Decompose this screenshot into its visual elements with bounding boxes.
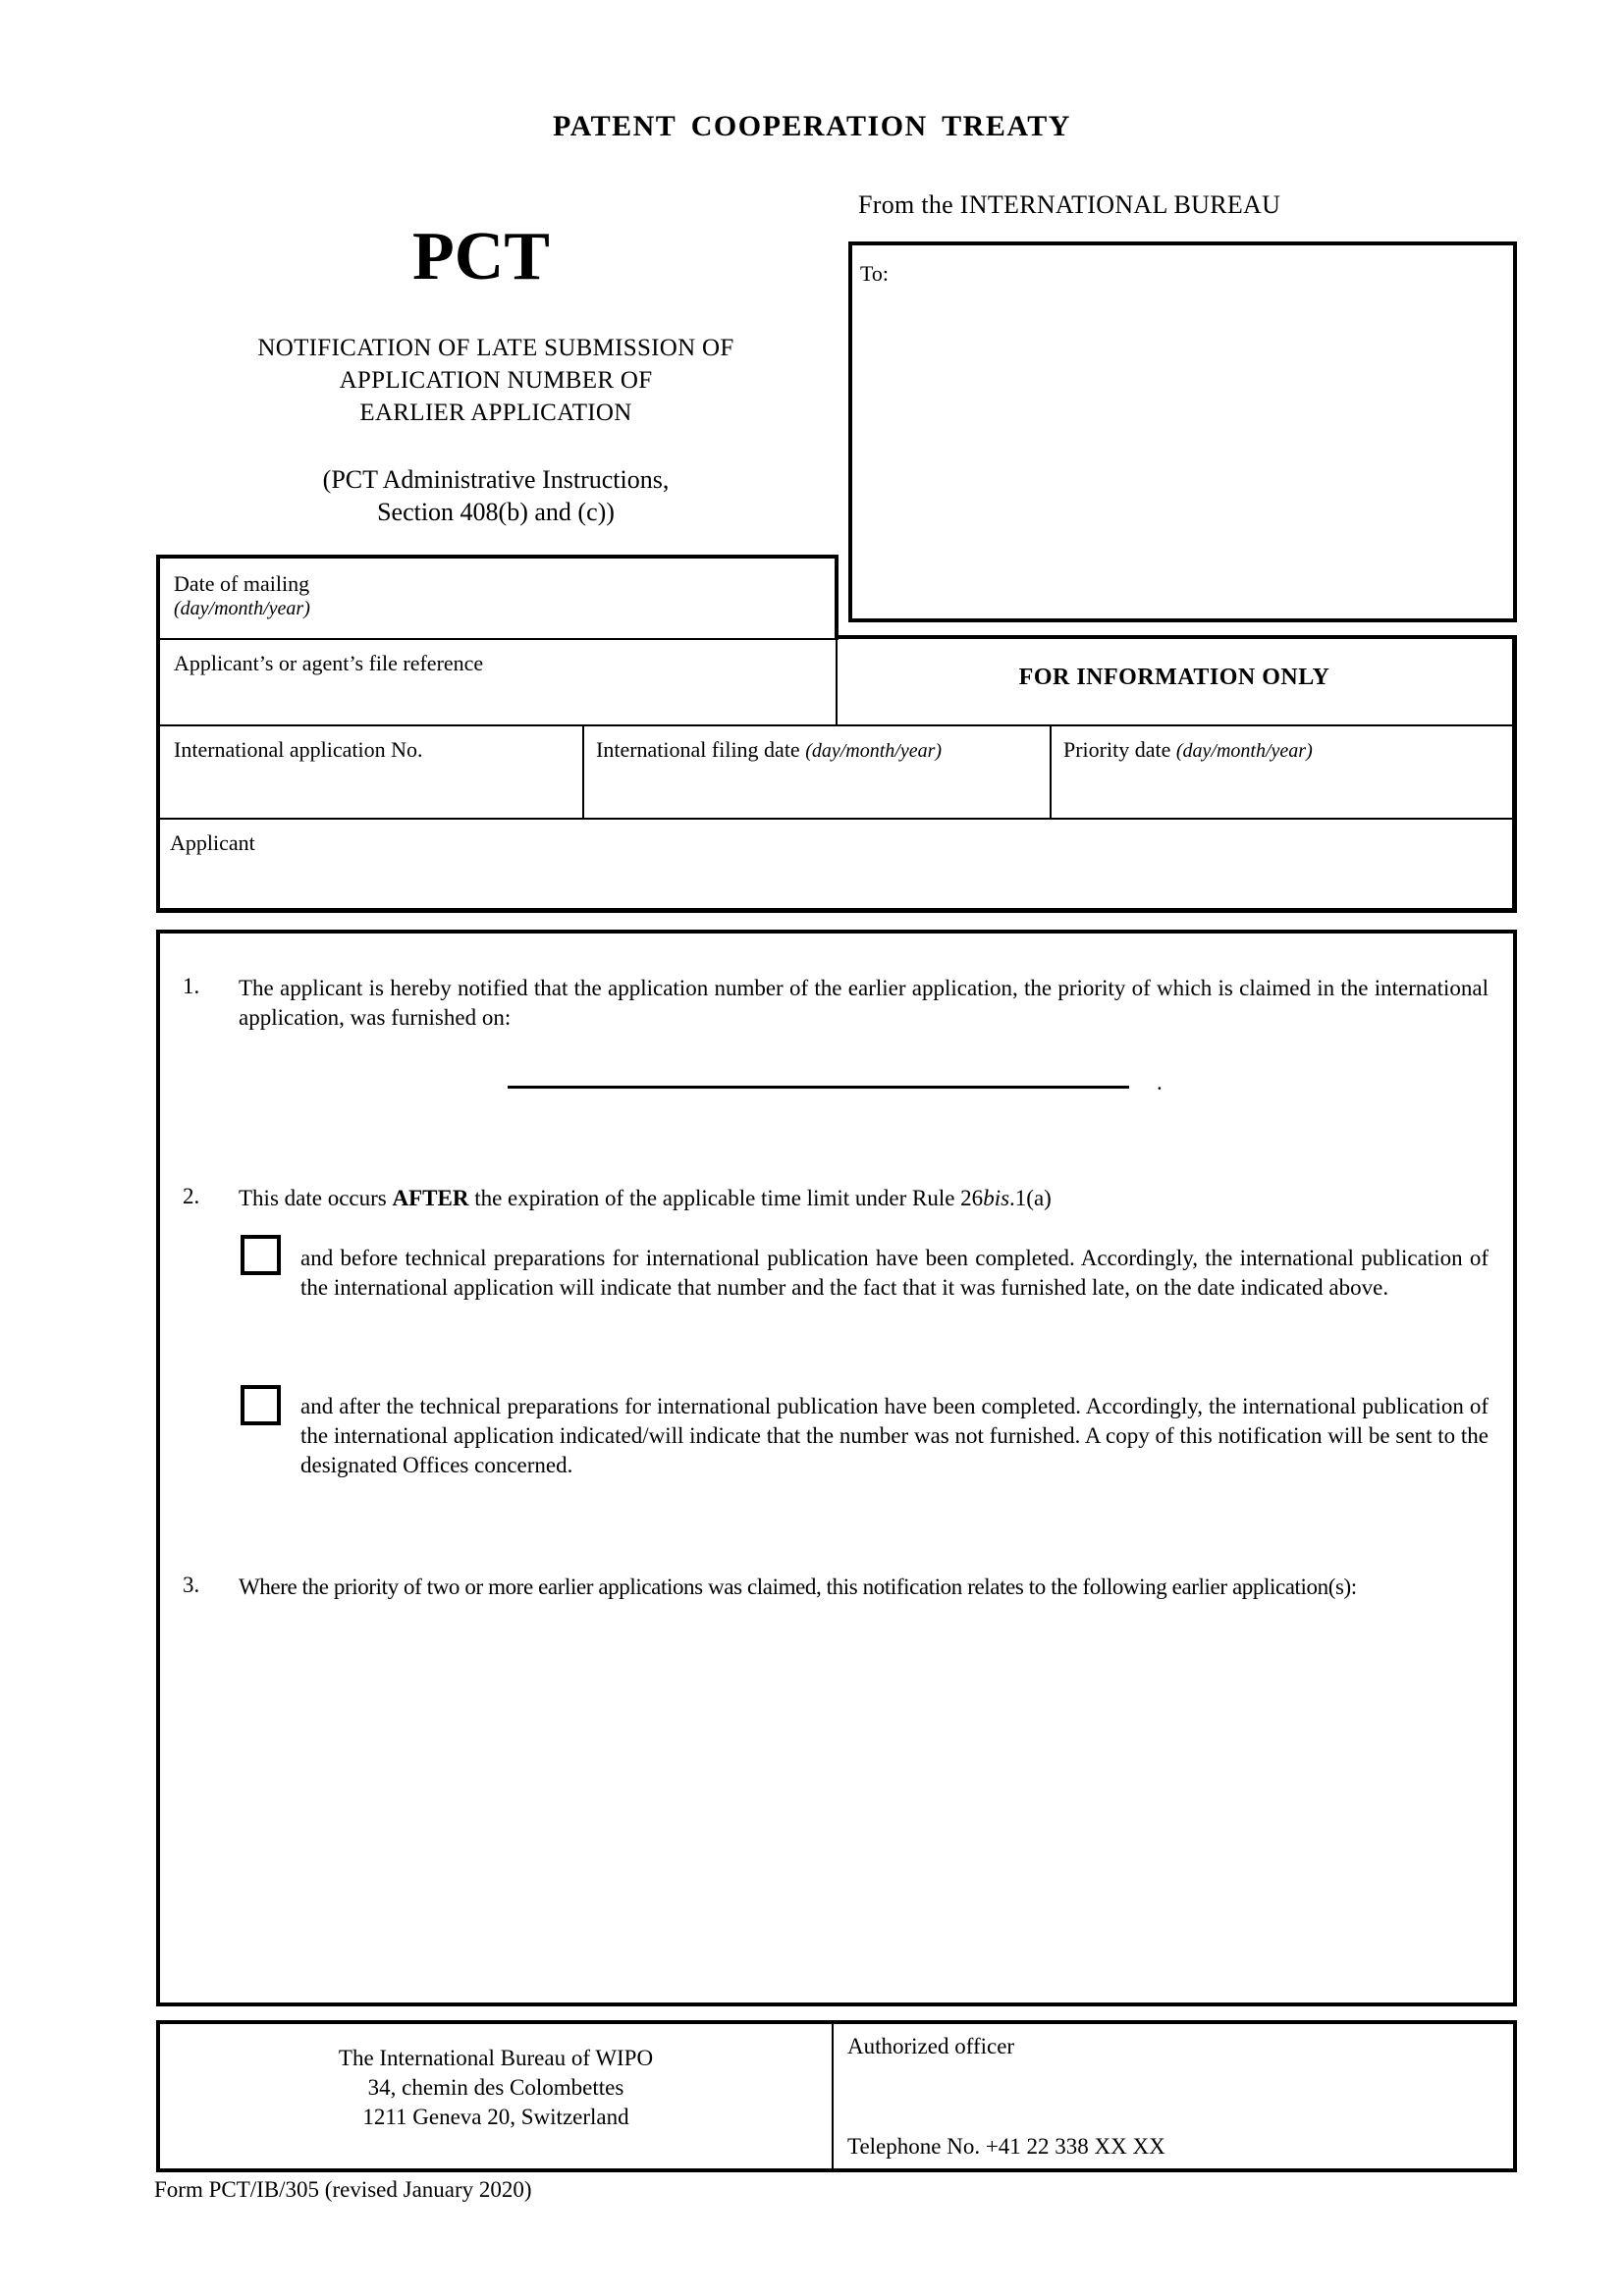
option-after-publication-checkbox[interactable] (241, 1385, 281, 1425)
office-address: The International Bureau of WIPO 34, che… (160, 2044, 832, 2132)
date-format-hint: (day/month/year) (174, 598, 310, 619)
priority-date-field[interactable]: Priority date (day/month/year) (1050, 724, 1517, 820)
footer-box: The International Bureau of WIPO 34, che… (156, 2020, 1517, 2172)
date-format-hint: (day/month/year) (1176, 740, 1313, 762)
earlier-applications-area[interactable] (239, 1620, 1489, 1983)
file-reference-label: Applicant’s or agent’s file reference (174, 652, 483, 675)
applicant-label: Applicant (170, 831, 255, 855)
date-of-mailing-field[interactable]: Date of mailing (day/month/year) (156, 555, 839, 640)
item-2-text: This date occurs AFTER the expiration of… (239, 1184, 1489, 1213)
legal-basis: (PCT Administrative Instructions, Sectio… (250, 463, 741, 528)
form-title-line: NOTIFICATION OF LATE SUBMISSION OF (201, 332, 790, 364)
date-of-mailing-label: Date of mailing (day/month/year) (174, 572, 310, 620)
international-filing-date-label: International filing date (day/month/yea… (596, 738, 942, 763)
applicant-field[interactable]: Applicant (156, 818, 1517, 913)
item-1-period: . (1157, 1070, 1163, 1095)
treaty-title: PATENT COOPERATION TREATY (0, 110, 1624, 143)
office-address-line: 34, chemin des Colombettes (160, 2073, 832, 2103)
legal-basis-line: (PCT Administrative Instructions, (250, 463, 741, 496)
recipient-address-box[interactable]: To: (848, 241, 1517, 622)
recipient-label: To: (860, 261, 889, 287)
international-application-no-field[interactable]: International application No. (156, 724, 584, 820)
option-before-publication-text: and before technical preparations for in… (300, 1244, 1489, 1303)
emphasis-after: AFTER (392, 1186, 468, 1210)
pct-logo-text: PCT (334, 218, 628, 296)
info-only-banner: FOR INFORMATION ONLY (837, 635, 1517, 726)
form-title: NOTIFICATION OF LATE SUBMISSION OF APPLI… (201, 332, 790, 429)
label-text: International filing date (596, 737, 805, 762)
option-before-publication-checkbox[interactable] (241, 1235, 281, 1275)
text: the expiration of the applicable time li… (468, 1186, 983, 1210)
furnished-date-line[interactable] (508, 1086, 1129, 1089)
item-1-number: 1. (183, 974, 199, 999)
telephone-number: Telephone No. +41 22 338 XX XX (847, 2134, 1165, 2160)
item-1-text: The applicant is hereby notified that th… (239, 974, 1489, 1033)
international-filing-date-field[interactable]: International filing date (day/month/yea… (582, 724, 1052, 820)
text: This date occurs (239, 1186, 392, 1210)
authorized-officer-label: Authorized officer (847, 2034, 1014, 2059)
form-title-line: APPLICATION NUMBER OF (201, 364, 790, 397)
text: .1(a) (1009, 1186, 1052, 1210)
form-title-line: EARLIER APPLICATION (201, 397, 790, 429)
office-address-line: The International Bureau of WIPO (160, 2044, 832, 2073)
office-address-cell: The International Bureau of WIPO 34, che… (160, 2024, 834, 2168)
label-text: Date of mailing (174, 572, 310, 596)
file-reference-field[interactable]: Applicant’s or agent’s file reference (156, 638, 838, 726)
international-application-no-label: International application No. (174, 738, 423, 762)
sender-label: From the INTERNATIONAL BUREAU (858, 190, 1280, 220)
label-text: Priority date (1063, 737, 1176, 762)
item-3-number: 3. (183, 1573, 199, 1598)
rule-bis: bis (983, 1186, 1009, 1210)
item-2-number: 2. (183, 1184, 199, 1209)
legal-basis-line: Section 408(b) and (c)) (250, 496, 741, 528)
form-reference: Form PCT/IB/305 (revised January 2020) (154, 2177, 532, 2203)
priority-date-label: Priority date (day/month/year) (1063, 738, 1313, 763)
option-after-publication-text: and after the technical preparations for… (300, 1392, 1489, 1480)
item-3-text: Where the priority of two or more earlie… (239, 1573, 1505, 1602)
info-only-text: FOR INFORMATION ONLY (1019, 665, 1330, 691)
office-address-line: 1211 Geneva 20, Switzerland (160, 2103, 832, 2132)
date-format-hint: (day/month/year) (805, 740, 942, 762)
